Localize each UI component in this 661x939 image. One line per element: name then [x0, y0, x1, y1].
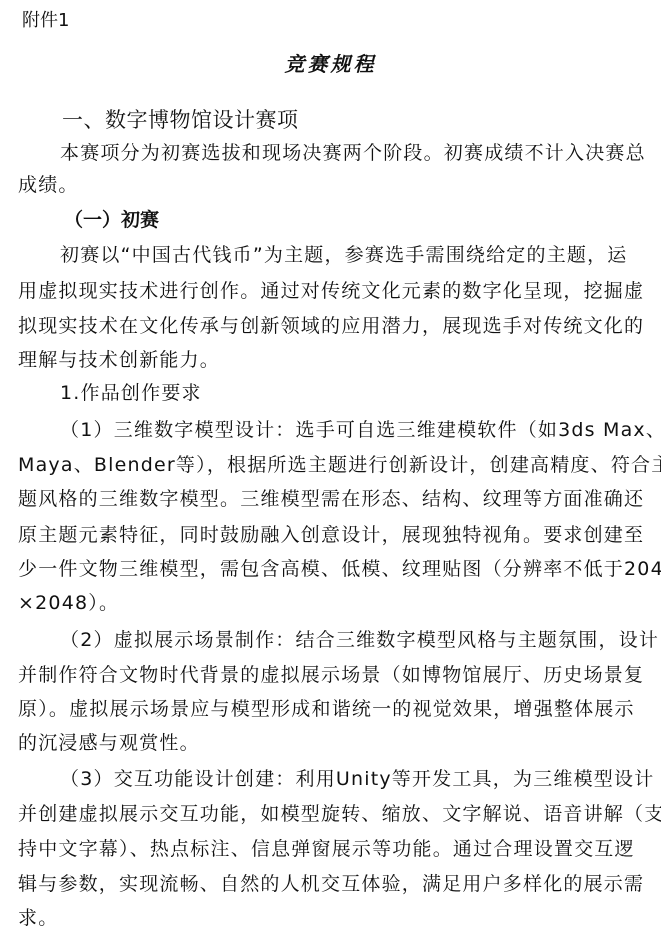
requirements-heading: 1.作品创作要求	[60, 381, 202, 405]
paragraph-line: 并制作符合文物时代背景的虚拟展示场景（如博物馆展厅、历史场景复	[18, 663, 644, 687]
paragraph-line: ×2048）。	[18, 591, 119, 615]
paragraph-line: （3）交互功能设计创建：利用Unity等开发工具，为三维模型设计	[60, 767, 654, 791]
paragraph-line: 并创建虚拟展示交互功能，如模型旋转、缩放、文字解说、语音讲解（支	[18, 802, 661, 826]
paragraph-line: 题风格的三维数字模型。三维模型需在形态、结构、纹理等方面准确还	[18, 487, 644, 511]
paragraph-line: 用虚拟现实技术进行创作。通过对传统文化元素的数字化呈现，挖掘虚	[18, 279, 644, 303]
paragraph-line: 辑与参数，实现流畅、自然的人机交互体验，满足用户多样化的展示需	[18, 872, 644, 896]
paragraph-line: 理解与技术创新能力。	[18, 348, 220, 372]
paragraph-line: （1）三维数字模型设计：选手可自选三维建模软件（如3ds Max、	[60, 418, 661, 442]
paragraph-line: 原）。虚拟展示场景应与模型形成和谐统一的视觉效果，增强整体展示	[18, 697, 635, 721]
paragraph-line: 拟现实技术在文化传承与创新领域的应用潜力，展现选手对传统文化的	[18, 314, 644, 338]
paragraph-line: 初赛以“中国古代钱币”为主题，参赛选手需围绕给定的主题，运	[60, 243, 628, 267]
attachment-label: 附件1	[22, 9, 69, 33]
section-heading: 一、数字博物馆设计赛项	[62, 106, 299, 134]
paragraph-line: 成绩。	[18, 173, 79, 197]
page-title: 竞赛规程	[0, 51, 661, 77]
paragraph-line: 持中文字幕）、热点标注、信息弹窗展示等功能。通过合理设置交互逻	[18, 837, 635, 861]
paragraph-line: 本赛项分为初赛选拔和现场决赛两个阶段。初赛成绩不计入决赛总	[60, 141, 646, 165]
paragraph-line: 求。	[18, 906, 58, 930]
paragraph-line: （2）虚拟展示场景制作：结合三维数字模型风格与主题氛围，设计	[60, 628, 659, 652]
subsection-heading: （一）初赛	[64, 207, 159, 233]
paragraph-line: Maya、Blender等），根据所选主题进行创新设计，创建高精度、符合主	[18, 453, 661, 477]
paragraph-line: 少一件文物三维模型，需包含高模、低模、纹理贴图（分辨率不低于2048	[18, 557, 661, 581]
paragraph-line: 的沉浸感与观赏性。	[18, 731, 200, 755]
paragraph-line: 原主题元素特征，同时鼓励融入创意设计，展现独特视角。要求创建至	[18, 523, 644, 547]
